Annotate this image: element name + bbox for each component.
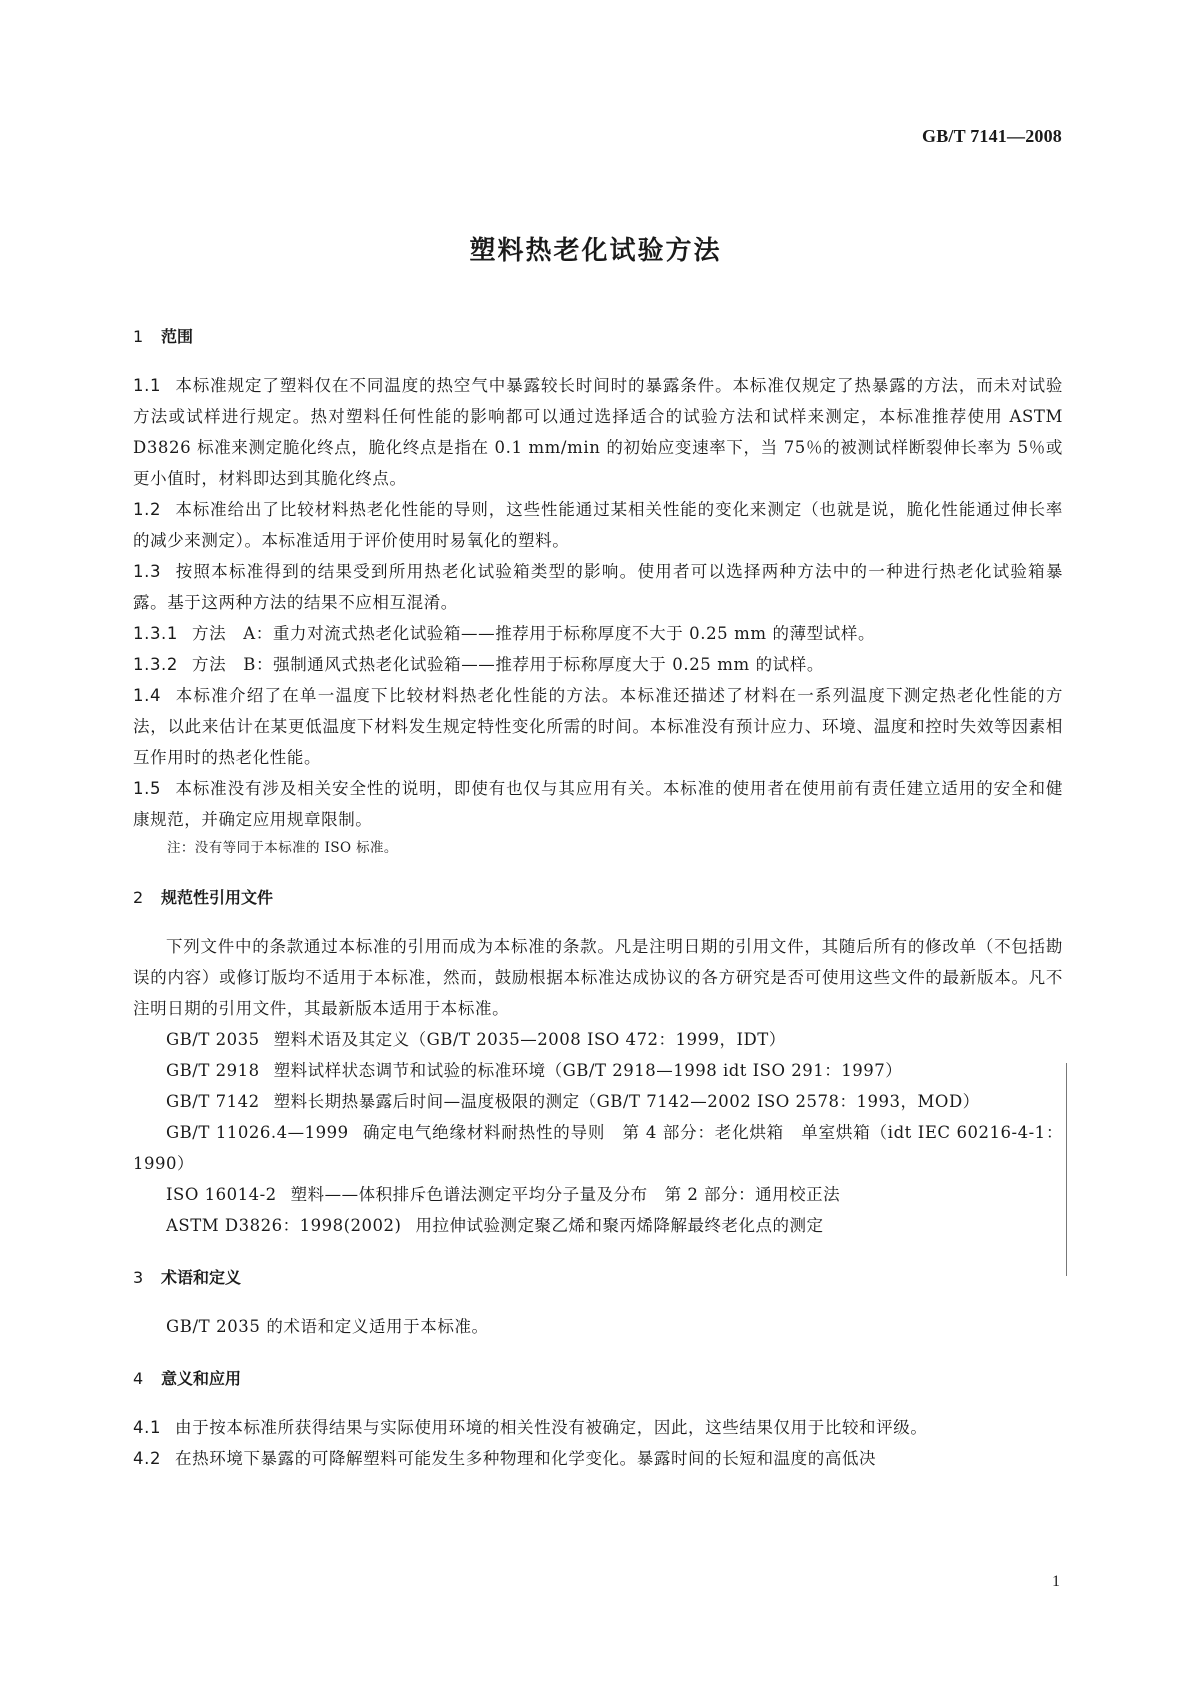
- clause-1-2: 1.2本标准给出了比较材料热老化性能的导则，这些性能通过某相关性能的变化来测定（…: [133, 494, 1063, 556]
- clause-text: 在热环境下暴露的可降解塑料可能发生多种物理和化学变化。暴露时间的长短和温度的高低…: [175, 1449, 876, 1468]
- section-number: 4: [133, 1364, 161, 1394]
- reference-code: ISO 16014-2: [166, 1185, 277, 1204]
- reference-title: 塑料试样状态调节和试验的标准环境（GB/T 2918—1998 idt ISO …: [274, 1061, 903, 1080]
- clause-number: 4.2: [133, 1449, 161, 1468]
- document-page: GB/T 7141—2008 塑料热老化试验方法 1 范围 1.1本标准规定了塑…: [0, 0, 1191, 1684]
- page-number: 1: [1052, 1573, 1060, 1591]
- clause-text: 按照本标准得到的结果受到所用热老化试验箱类型的影响。使用者可以选择两种方法中的一…: [133, 562, 1063, 612]
- clause-1-5: 1.5本标准没有涉及相关安全性的说明，即使有也仅与其应用有关。本标准的使用者在使…: [133, 773, 1063, 835]
- clause-4-2: 4.2在热环境下暴露的可降解塑料可能发生多种物理和化学变化。暴露时间的长短和温度…: [133, 1443, 1063, 1474]
- section-heading-4: 4 意义和应用: [133, 1364, 1063, 1394]
- references-intro: 下列文件中的条款通过本标准的引用而成为本标准的条款。凡是注明日期的引用文件，其随…: [133, 931, 1063, 1024]
- revision-change-bar: [1066, 1063, 1067, 1276]
- reference-code: GB/T 7142: [166, 1092, 260, 1111]
- section-number: 3: [133, 1263, 161, 1293]
- clause-number: 1.3.2: [133, 655, 178, 674]
- clause-1-4: 1.4本标准介绍了在单一温度下比较材料热老化性能的方法。本标准还描述了材料在一系…: [133, 680, 1063, 773]
- reference-code: ASTM D3826：1998(2002): [166, 1216, 401, 1235]
- clause-text: 本标准给出了比较材料热老化性能的导则，这些性能通过某相关性能的变化来测定（也就是…: [133, 500, 1063, 550]
- section-title: 范围: [161, 322, 193, 352]
- clause-1-1: 1.1本标准规定了塑料仅在不同温度的热空气中暴露较长时间时的暴露条件。本标准仅规…: [133, 370, 1063, 494]
- section-title: 术语和定义: [161, 1263, 241, 1293]
- clause-text: 由于按本标准所获得结果与实际使用环境的相关性没有被确定，因此，这些结果仅用于比较…: [175, 1418, 927, 1437]
- clause-number: 1.5: [133, 779, 161, 798]
- clause-number: 1.1: [133, 376, 161, 395]
- note: 注：没有等同于本标准的 ISO 标准。: [133, 835, 1063, 861]
- clause-text: 本标准介绍了在单一温度下比较材料热老化性能的方法。本标准还描述了材料在一系列温度…: [133, 686, 1063, 767]
- clause-1-3: 1.3按照本标准得到的结果受到所用热老化试验箱类型的影响。使用者可以选择两种方法…: [133, 556, 1063, 618]
- reference-item: ISO 16014-2塑料——体积排斥色谱法测定平均分子量及分布 第 2 部分：…: [133, 1179, 1063, 1210]
- clause-number: 1.3: [133, 562, 161, 581]
- reference-item: GB/T 11026.4—1999确定电气绝缘材料耐热性的导则 第 4 部分：老…: [133, 1117, 1063, 1179]
- section-number: 2: [133, 883, 161, 913]
- section-number: 1: [133, 322, 161, 352]
- document-title: 塑料热老化试验方法: [0, 230, 1191, 267]
- reference-item: GB/T 2918塑料试样状态调节和试验的标准环境（GB/T 2918—1998…: [133, 1055, 1063, 1086]
- clause-text: 方法 B：强制通风式热老化试验箱——推荐用于标称厚度大于 0.25 mm 的试样…: [192, 655, 824, 674]
- reference-title: 用拉伸试验测定聚乙烯和聚丙烯降解最终老化点的测定: [415, 1216, 823, 1235]
- clause-text: 本标准规定了塑料仅在不同温度的热空气中暴露较长时间时的暴露条件。本标准仅规定了热…: [133, 376, 1063, 488]
- clause-number: 1.3.1: [133, 624, 178, 643]
- reference-code: GB/T 2035: [166, 1030, 260, 1049]
- section-heading-3: 3 术语和定义: [133, 1263, 1063, 1293]
- section-title: 规范性引用文件: [161, 883, 273, 913]
- clause-number: 1.2: [133, 500, 161, 519]
- reference-code: GB/T 2918: [166, 1061, 260, 1080]
- section-heading-1: 1 范围: [133, 322, 1063, 352]
- clause-text: 本标准没有涉及相关安全性的说明，即使有也仅与其应用有关。本标准的使用者在使用前有…: [133, 779, 1063, 829]
- reference-item: GB/T 2035塑料术语及其定义（GB/T 2035—2008 ISO 472…: [133, 1024, 1063, 1055]
- reference-title: 塑料长期热暴露后时间—温度极限的测定（GB/T 7142—2002 ISO 25…: [274, 1092, 980, 1111]
- clause-number: 1.4: [133, 686, 161, 705]
- reference-title: 塑料——体积排斥色谱法测定平均分子量及分布 第 2 部分：通用校正法: [291, 1185, 841, 1204]
- standard-number: GB/T 7141—2008: [922, 126, 1062, 147]
- section-heading-2: 2 规范性引用文件: [133, 883, 1063, 913]
- reference-item: GB/T 7142塑料长期热暴露后时间—温度极限的测定（GB/T 7142—20…: [133, 1086, 1063, 1117]
- clause-4-1: 4.1由于按本标准所获得结果与实际使用环境的相关性没有被确定，因此，这些结果仅用…: [133, 1412, 1063, 1443]
- reference-title: 塑料术语及其定义（GB/T 2035—2008 ISO 472：1999，IDT…: [274, 1030, 786, 1049]
- reference-code: GB/T 11026.4—1999: [166, 1123, 349, 1142]
- clause-1-3-1: 1.3.1方法 A：重力对流式热老化试验箱——推荐用于标称厚度不大于 0.25 …: [133, 618, 1063, 649]
- clause-number: 4.1: [133, 1418, 161, 1437]
- clause-text: 方法 A：重力对流式热老化试验箱——推荐用于标称厚度不大于 0.25 mm 的薄…: [192, 624, 875, 643]
- reference-item: ASTM D3826：1998(2002)用拉伸试验测定聚乙烯和聚丙烯降解最终老…: [133, 1210, 1063, 1241]
- clause-1-3-2: 1.3.2方法 B：强制通风式热老化试验箱——推荐用于标称厚度大于 0.25 m…: [133, 649, 1063, 680]
- section-title: 意义和应用: [161, 1364, 241, 1394]
- terms-definition-text: GB/T 2035 的术语和定义适用于本标准。: [133, 1311, 1063, 1342]
- document-body: 1 范围 1.1本标准规定了塑料仅在不同温度的热空气中暴露较长时间时的暴露条件。…: [133, 322, 1063, 1474]
